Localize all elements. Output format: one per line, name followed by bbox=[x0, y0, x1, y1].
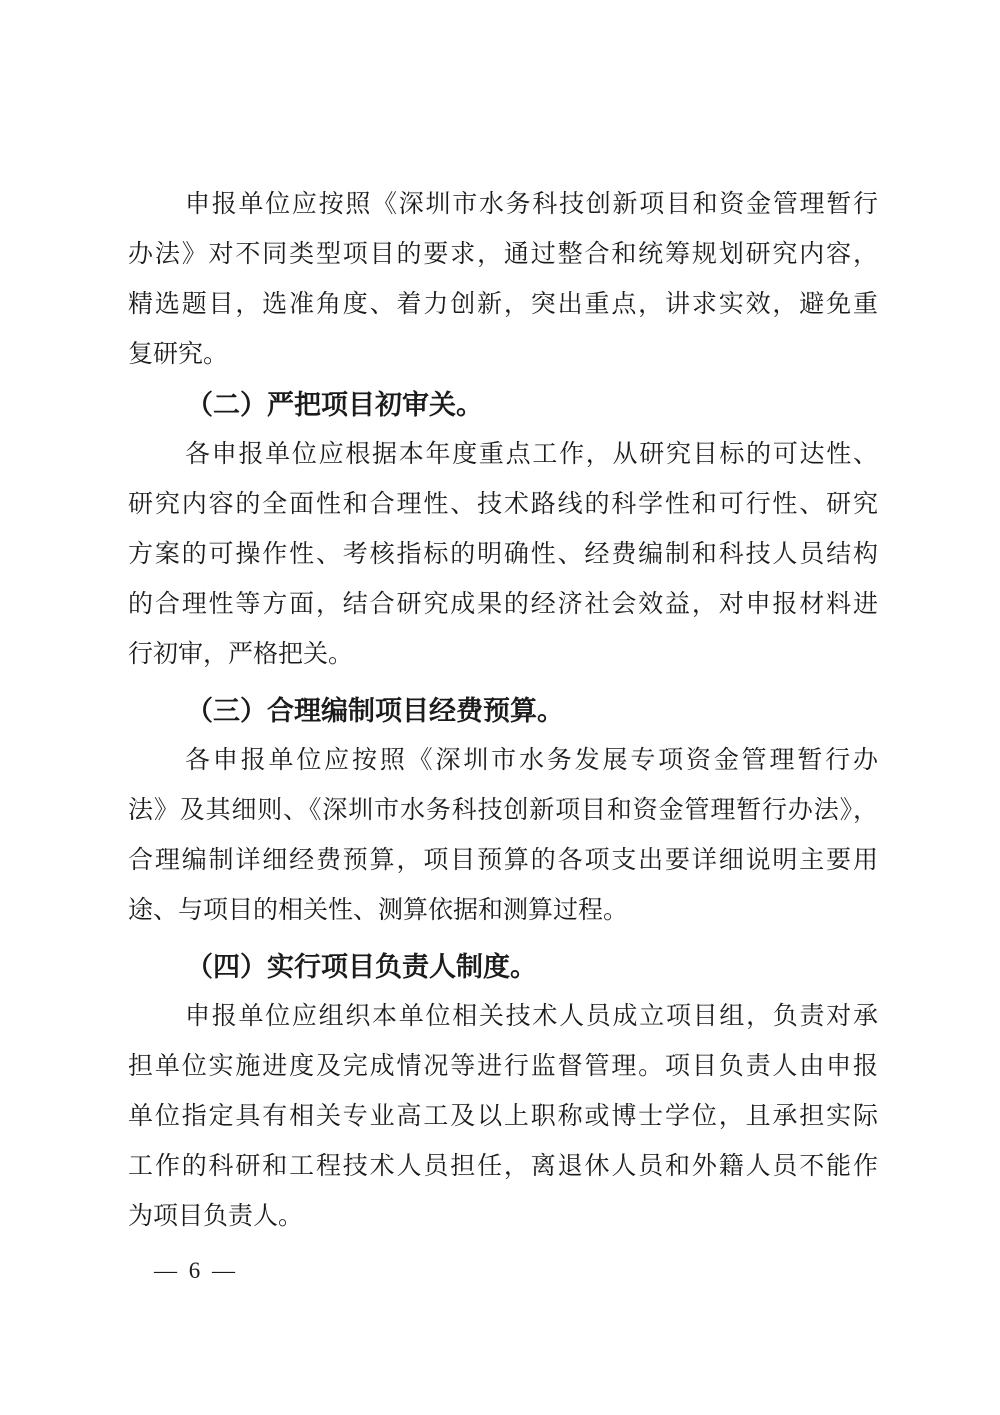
body-line: 为项目负责人。 bbox=[128, 1192, 878, 1242]
body-line: 担单位实施进度及完成情况等进行监督管理。项目负责人由申报 bbox=[128, 1042, 878, 1092]
body-line: 申报单位应组织本单位相关技术人员成立项目组，负责对承 bbox=[128, 992, 878, 1042]
section-heading-2: （二）严把项目初审关。 bbox=[128, 380, 878, 430]
body-line: 研究内容的全面性和合理性、技术路线的科学性和可行性、研究 bbox=[128, 480, 878, 530]
body-line: 方案的可操作性、考核指标的明确性、经费编制和科技人员结构 bbox=[128, 530, 878, 580]
body-line: 的合理性等方面，结合研究成果的经济社会效益，对申报材料进 bbox=[128, 580, 878, 630]
document-body: 申报单位应按照《深圳市水务科技创新项目和资金管理暂行 办法》对不同类型项目的要求… bbox=[128, 180, 878, 1242]
page-number: — 6 — bbox=[154, 1246, 238, 1296]
body-line: 工作的科研和工程技术人员担任，离退休人员和外籍人员不能作 bbox=[128, 1142, 878, 1192]
body-line: 申报单位应按照《深圳市水务科技创新项目和资金管理暂行 bbox=[128, 180, 878, 230]
body-line: 复研究。 bbox=[128, 330, 878, 380]
section-heading-4: （四）实行项目负责人制度。 bbox=[128, 942, 878, 992]
body-line: 单位指定具有相关专业高工及以上职称或博士学位，且承担实际 bbox=[128, 1092, 878, 1142]
body-line: 行初审，严格把关。 bbox=[128, 630, 878, 680]
section-heading-3: （三）合理编制项目经费预算。 bbox=[128, 686, 878, 736]
body-line: 合理编制详细经费预算，项目预算的各项支出要详细说明主要用 bbox=[128, 836, 878, 886]
body-line: 办法》对不同类型项目的要求，通过整合和统筹规划研究内容， bbox=[128, 230, 878, 280]
body-line: 法》及其细则、《深圳市水务科技创新项目和资金管理暂行办法》， bbox=[128, 786, 878, 836]
body-line: 各申报单位应根据本年度重点工作，从研究目标的可达性、 bbox=[128, 430, 878, 480]
body-line: 途、与项目的相关性、测算依据和测算过程。 bbox=[128, 886, 878, 936]
body-line: 精选题目，选准角度、着力创新，突出重点，讲求实效，避免重 bbox=[128, 280, 878, 330]
body-line: 各申报单位应按照《深圳市水务发展专项资金管理暂行办 bbox=[128, 736, 878, 786]
document-page: 申报单位应按照《深圳市水务科技创新项目和资金管理暂行 办法》对不同类型项目的要求… bbox=[0, 0, 1000, 1415]
